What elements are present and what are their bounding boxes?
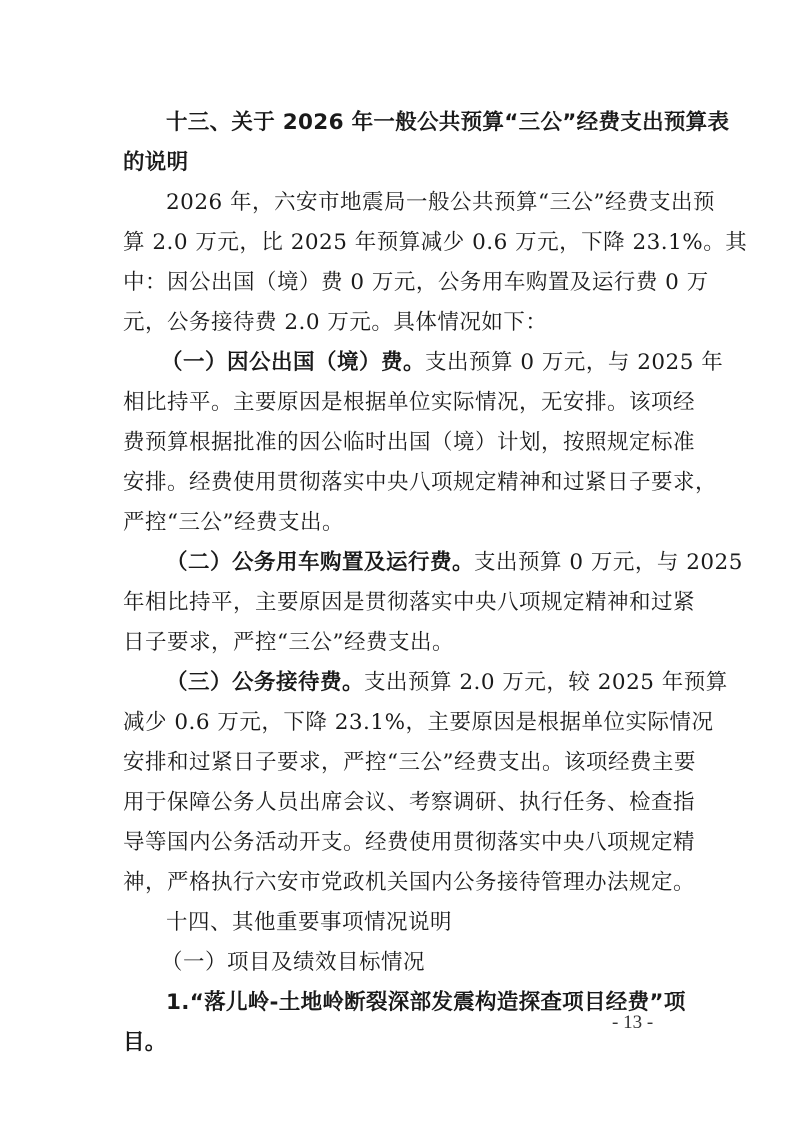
item3-line-3: 安排和过紧日子要求，严控“三公”经费支出。该项经费主要	[123, 743, 679, 783]
item3-line-6: 神，严格执行六安市党政机关国内公务接待管理办法规定。	[123, 863, 679, 903]
project-title-line1: 1.“落儿岭-土地岭断裂深部发震构造探查项目经费”项	[123, 983, 679, 1023]
item2-first-text: 支出预算 0 万元，与 2025	[474, 550, 743, 575]
section-14-title: 十四、其他重要事项情况说明	[123, 903, 679, 943]
item1-first-line: （一）因公出国（境）费。支出预算 0 万元，与 2025 年	[123, 343, 679, 383]
project-title-line2: 目。	[123, 1023, 679, 1063]
item2-heading: （二）公务用车购置及运行费。	[166, 550, 474, 575]
item3-line-5: 导等国内公务活动开支。经费使用贯彻落实中央八项规定精	[123, 823, 679, 863]
item1-line-5: 严控“三公”经费支出。	[123, 503, 679, 543]
item2-first-line: （二）公务用车购置及运行费。支出预算 0 万元，与 2025	[123, 543, 679, 583]
page-number: - 13 -	[612, 1012, 653, 1034]
item3-first-text: 支出预算 2.0 万元，较 2025 年预算	[364, 670, 728, 695]
item1-line-4: 安排。经费使用贯彻落实中央八项规定精神和过紧日子要求，	[123, 463, 679, 503]
item1-line-3: 费预算根据批准的因公临时出国（境）计划，按照规定标准	[123, 423, 679, 463]
item3-line-4: 用于保障公务人员出席会议、考察调研、执行任务、检查指	[123, 783, 679, 823]
item1-heading: （一）因公出国（境）费。	[161, 350, 425, 375]
item2-line-3: 日子要求，严控“三公”经费支出。	[123, 623, 679, 663]
section-13-title-line1: 十三、关于 2026 年一般公共预算“三公”经费支出预算表	[123, 103, 679, 143]
section-14-subtitle: （一）项目及绩效目标情况	[123, 943, 679, 983]
intro-line-4: 元，公务接待费 2.0 万元。具体情况如下：	[123, 303, 679, 343]
intro-line-3: 中：因公出国（境）费 0 万元，公务用车购置及运行费 0 万	[123, 263, 679, 303]
item3-heading: （三）公务接待费。	[166, 670, 364, 695]
item3-line-2: 减少 0.6 万元，下降 23.1%，主要原因是根据单位实际情况	[123, 703, 679, 743]
intro-line-1: 2026 年，六安市地震局一般公共预算“三公”经费支出预	[123, 183, 679, 223]
item3-first-line: （三）公务接待费。支出预算 2.0 万元，较 2025 年预算	[123, 663, 679, 703]
section-13-title-line2: 的说明	[123, 143, 679, 183]
intro-line-2: 算 2.0 万元，比 2025 年预算减少 0.6 万元，下降 23.1%。其	[123, 223, 679, 263]
item2-line-2: 年相比持平，主要原因是贯彻落实中央八项规定精神和过紧	[123, 583, 679, 623]
item1-line-2: 相比持平。主要原因是根据单位实际情况，无安排。该项经	[123, 383, 679, 423]
item1-first-text: 支出预算 0 万元，与 2025 年	[425, 350, 723, 375]
document-page: 十三、关于 2026 年一般公共预算“三公”经费支出预算表 的说明 2026 年…	[123, 103, 679, 1063]
